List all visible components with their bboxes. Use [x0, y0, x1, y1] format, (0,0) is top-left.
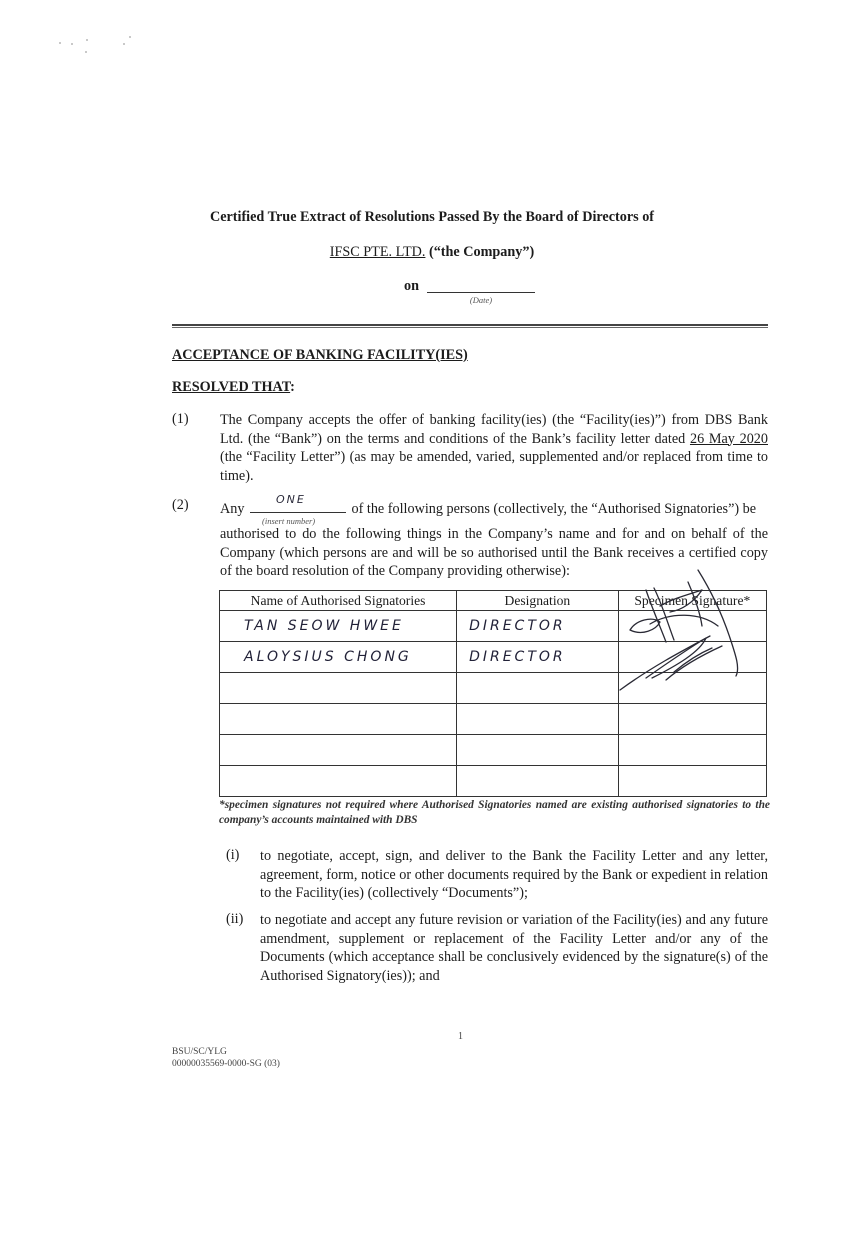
resolution-2-text: authorised to do the following things in…: [220, 525, 768, 581]
signatory-name[interactable]: [220, 673, 457, 704]
resolution-1-number: (1): [172, 411, 189, 428]
signatory-count-value: ONE: [276, 493, 306, 506]
signatory-designation[interactable]: [457, 673, 619, 704]
table-row: [220, 673, 767, 704]
on-label: on: [404, 278, 419, 295]
signatory-name[interactable]: TAN SEOW HWEE: [220, 611, 457, 642]
signatory-signature[interactable]: [618, 735, 766, 766]
header-designation: Designation: [457, 591, 619, 611]
table-row: [220, 735, 767, 766]
signatories-table: Name of Authorised Signatories Designati…: [219, 590, 767, 797]
resolution-2-first-line: Any ONE of the following persons (collec…: [220, 497, 768, 518]
sub-item-i-number: (i): [226, 847, 239, 864]
table-row: ALOYSIUS CHONG DIRECTOR: [220, 642, 767, 673]
table-row: TAN SEOW HWEE DIRECTOR: [220, 611, 767, 642]
date-field[interactable]: [427, 292, 535, 293]
resolution-1-text: The Company accepts the offer of banking…: [220, 411, 768, 485]
signatory-count-field[interactable]: ONE: [250, 497, 346, 513]
table-row: [220, 766, 767, 797]
sub-item-ii-number: (ii): [226, 911, 243, 928]
resolution-2-number: (2): [172, 497, 189, 514]
signatory-signature[interactable]: [618, 642, 766, 673]
signatory-signature[interactable]: [618, 766, 766, 797]
date-hint: (Date): [427, 295, 535, 305]
header-divider: [172, 324, 768, 326]
company-suffix: (“the Company”): [425, 244, 534, 260]
signatory-signature[interactable]: [618, 704, 766, 735]
page-number: 1: [458, 1031, 463, 1042]
reference-code: BSU/SC/YLG: [172, 1047, 227, 1057]
signatory-designation[interactable]: [457, 735, 619, 766]
signatory-name[interactable]: [220, 766, 457, 797]
table-row: [220, 704, 767, 735]
scan-specks: [55, 38, 135, 58]
table-header-row: Name of Authorised Signatories Designati…: [220, 591, 767, 611]
signatory-name[interactable]: ALOYSIUS CHONG: [220, 642, 457, 673]
resolved-text: RESOLVED THAT: [172, 379, 290, 395]
header-name: Name of Authorised Signatories: [220, 591, 457, 611]
company-line: IFSC PTE. LTD. (“the Company”): [0, 244, 864, 261]
company-name: IFSC PTE. LTD.: [330, 244, 426, 260]
resolved-label: RESOLVED THAT:: [172, 379, 295, 396]
document-id: 00000035569-0000-SG (03): [172, 1059, 280, 1069]
header-signature: Specimen Signature*: [618, 591, 766, 611]
resolution-1-text-after: (the “Facility Letter”) (as may be amend…: [220, 449, 768, 484]
signatory-name[interactable]: [220, 735, 457, 766]
signatory-name[interactable]: [220, 704, 457, 735]
resolved-colon: :: [290, 379, 295, 395]
resolution-1-text-before: The Company accepts the offer of banking…: [220, 412, 768, 447]
table-footnote: *specimen signatures not required where …: [219, 798, 770, 828]
signatory-designation[interactable]: [457, 704, 619, 735]
signatory-designation[interactable]: DIRECTOR: [457, 642, 619, 673]
sub-item-i-text: to negotiate, accept, sign, and deliver …: [260, 847, 768, 903]
header-divider-thin: [172, 327, 768, 328]
signatory-signature[interactable]: [618, 611, 766, 642]
first-line-rest: of the following persons (collectively, …: [352, 501, 757, 517]
document-title: Certified True Extract of Resolutions Pa…: [0, 209, 864, 226]
signatory-signature[interactable]: [618, 673, 766, 704]
facility-letter-date: 26 May 2020: [690, 431, 768, 447]
any-label: Any: [220, 501, 244, 517]
sub-item-ii-text: to negotiate and accept any future revis…: [260, 911, 768, 985]
section-heading: ACCEPTANCE OF BANKING FACILITY(IES): [172, 347, 468, 364]
signatory-designation[interactable]: DIRECTOR: [457, 611, 619, 642]
signatory-designation[interactable]: [457, 766, 619, 797]
